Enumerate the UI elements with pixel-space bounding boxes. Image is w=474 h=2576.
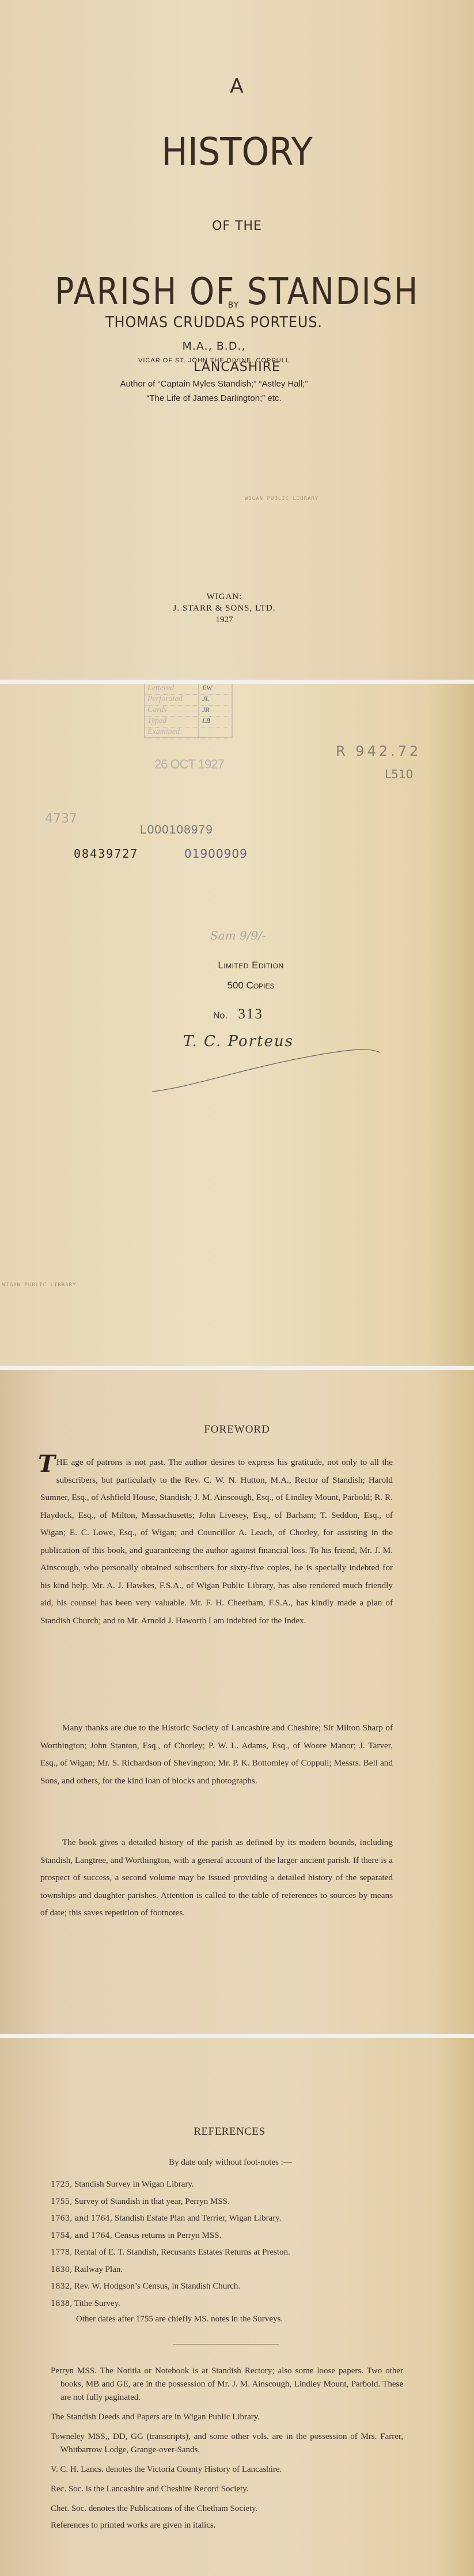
edition-label: Limited Edition bbox=[14, 960, 474, 971]
copy-number: No. 313 bbox=[213, 1006, 263, 1022]
title-line-history: HISTORY bbox=[19, 130, 455, 174]
barcode-number-secondary: 01900909 bbox=[184, 847, 248, 861]
reference-text: Standish Estate Plan and Terrier, Wigan … bbox=[115, 2214, 281, 2223]
stamp-initials bbox=[199, 728, 232, 738]
stamp-initials: EW bbox=[199, 684, 232, 694]
limited-edition-page: LetteredEW PerforatedJL CardsJR TypedLB … bbox=[0, 684, 474, 1366]
page-divider bbox=[0, 1366, 474, 1370]
list-item: 1754, and 1764, Census returns in Perryn… bbox=[51, 2228, 290, 2245]
abbreviation-towneley: Towneley MSS,, DD, GG (transcripts), and… bbox=[51, 2430, 403, 2457]
foreword-paragraph-1: T HE age of patrons is not past. The aut… bbox=[40, 1454, 393, 1630]
reference-date: 1763, and 1764, bbox=[51, 2214, 112, 2223]
title-page: A HISTORY OF THE PARISH OF STANDISH LANC… bbox=[0, 0, 474, 680]
other-works-line2: “The Life of James Darlington;” etc. bbox=[0, 393, 451, 403]
reference-text: Standish Survey in Wigan Library. bbox=[74, 2180, 194, 2189]
foreword-paragraph-1-text: HE age of patrons is not past. The autho… bbox=[40, 1454, 393, 1630]
reference-date: 1832, bbox=[51, 2282, 72, 2291]
abbreviations: Perryn MSS. The Notitia or Notebook is a… bbox=[51, 2365, 403, 2532]
list-item: 1832, Rev. W. Hodgson’s Census, in Stand… bbox=[51, 2278, 290, 2295]
stamp-label: Typed bbox=[145, 717, 199, 727]
title-line-a: A bbox=[0, 75, 474, 98]
price-note: Sam 9/9/- bbox=[210, 929, 266, 942]
stamp-initials: LB bbox=[199, 717, 232, 727]
foreword-page: FOREWORD T HE age of patrons is not past… bbox=[0, 1370, 474, 2034]
stamp-row: Examined bbox=[145, 728, 232, 738]
call-number-suffix: L510 bbox=[385, 767, 413, 781]
drop-cap: T bbox=[38, 1453, 55, 1476]
stamp-row: LetteredEW bbox=[145, 684, 232, 695]
publisher-place: WIGAN: bbox=[0, 592, 461, 602]
number-value: 313 bbox=[238, 1006, 263, 1022]
reference-text: Tithe Survey. bbox=[74, 2299, 120, 2308]
list-item: 1763, and 1764, Standish Estate Plan and… bbox=[51, 2210, 290, 2228]
reference-date: 1838, bbox=[51, 2300, 72, 2308]
title-line-of-the: OF THE bbox=[0, 219, 474, 233]
signature-flourish bbox=[151, 1048, 381, 1094]
stamp-label: Examined bbox=[145, 728, 199, 738]
references-subtitle: By date only without foot-notes :— bbox=[0, 2158, 461, 2168]
stamp-initials: JR bbox=[199, 706, 232, 716]
number-label: No. bbox=[213, 1011, 227, 1021]
list-item: 1755, Survey of Standish in that year, P… bbox=[51, 2194, 290, 2211]
references-page: REFERENCES By date only without foot-not… bbox=[0, 2038, 474, 2576]
foreword-paragraph-3-text: The book gives a detailed history of the… bbox=[40, 1834, 393, 1922]
stamp-row: PerforatedJL bbox=[145, 695, 232, 706]
publisher-name: J. STARR & SONS, LTD. bbox=[0, 604, 461, 613]
foreword-title: FOREWORD bbox=[0, 1423, 474, 1436]
author-name: THOMAS CRUDDAS PORTEUS. bbox=[0, 314, 432, 331]
abbreviation-standish-deeds: The Standish Deeds and Papers are in Wig… bbox=[51, 2411, 403, 2424]
references-title: REFERENCES bbox=[0, 2126, 467, 2138]
stamp-label: Perforated bbox=[145, 695, 199, 705]
stamp-initials: JL bbox=[199, 695, 232, 705]
references-list: 1725, Standish Survey in Wigan Library. … bbox=[51, 2176, 290, 2312]
reference-text: Survey of Standish in that year, Perryn … bbox=[74, 2197, 230, 2206]
author-degrees: M.A., B.D., bbox=[0, 340, 451, 353]
list-item: 1725, Standish Survey in Wigan Library. bbox=[51, 2176, 290, 2194]
reference-text: Rental of E. T. Standish, Recusants Esta… bbox=[74, 2248, 290, 2257]
author-position: VICAR OF ST. JOHN THE DIVINE, COPPULL bbox=[0, 357, 451, 364]
library-processing-stamp: LetteredEW PerforatedJL CardsJR TypedLB … bbox=[144, 684, 233, 738]
copies-label: 500 Copies bbox=[14, 980, 474, 991]
list-item: 1830, Railway Plan. bbox=[51, 2261, 290, 2279]
references-note: Other dates after 1755 are chiefly MS. n… bbox=[76, 2314, 283, 2324]
barcode-number: 08439727 bbox=[74, 847, 138, 861]
publication-year: 1927 bbox=[0, 615, 461, 625]
page-divider bbox=[0, 680, 474, 684]
stamp-label: Cards bbox=[145, 706, 199, 716]
library-perforation-stamp: WIGAN PUBLIC LIBRARY bbox=[2, 1283, 76, 1288]
reference-text: Rev. W. Hodgson’s Census, in Standish Ch… bbox=[74, 2282, 240, 2291]
reference-text: Census returns in Perryn MSS. bbox=[115, 2231, 221, 2240]
accession-note: 4737 bbox=[45, 812, 77, 826]
abbreviation-chet-soc: Chet. Soc. denotes the Publications of t… bbox=[51, 2502, 403, 2516]
other-works-line1: Author of “Captain Myles Standish;” “Ast… bbox=[0, 379, 451, 389]
abbreviation-vch: V. C. H. Lancs. denotes the Victoria Cou… bbox=[51, 2463, 403, 2476]
abbreviation-rec-soc: Rec. Soc. is the Lancashire and Cheshire… bbox=[51, 2483, 403, 2496]
foreword-paragraph-2-text: Many thanks are due to the Historic Soci… bbox=[40, 1719, 393, 1790]
stamp-row: TypedLB bbox=[145, 717, 232, 728]
list-item: 1778, Rental of E. T. Standish, Recusant… bbox=[51, 2244, 290, 2261]
stamp-row: CardsJR bbox=[145, 706, 232, 717]
list-item: 1838, Tithe Survey. bbox=[51, 2295, 290, 2313]
call-number: R 942.72 bbox=[336, 743, 421, 759]
ledger-number: L000108979 bbox=[140, 823, 213, 837]
date-stamp: 26 OCT 1927 bbox=[154, 757, 224, 772]
reference-date: 1755, bbox=[51, 2198, 72, 2206]
reference-text: Railway Plan. bbox=[74, 2265, 123, 2274]
foreword-paragraph-2: Many thanks are due to the Historic Soci… bbox=[40, 1719, 393, 1790]
reference-date: 1754, and 1764, bbox=[51, 2232, 112, 2240]
abbreviation-perryn: Perryn MSS. The Notitia or Notebook is a… bbox=[51, 2365, 403, 2404]
library-perforation-stamp: WIGAN PUBLIC LIBRARY bbox=[245, 497, 318, 502]
stamp-label: Lettered bbox=[145, 684, 199, 694]
reference-date: 1725, bbox=[51, 2180, 72, 2189]
abbreviation-italics-note: References to printed works are given in… bbox=[51, 2519, 403, 2532]
page-divider bbox=[0, 2034, 474, 2038]
reference-date: 1830, bbox=[51, 2266, 72, 2274]
by-label: BY bbox=[0, 301, 471, 310]
section-divider bbox=[173, 2344, 279, 2344]
reference-date: 1778, bbox=[51, 2248, 72, 2257]
foreword-paragraph-3: The book gives a detailed history of the… bbox=[40, 1834, 393, 1922]
